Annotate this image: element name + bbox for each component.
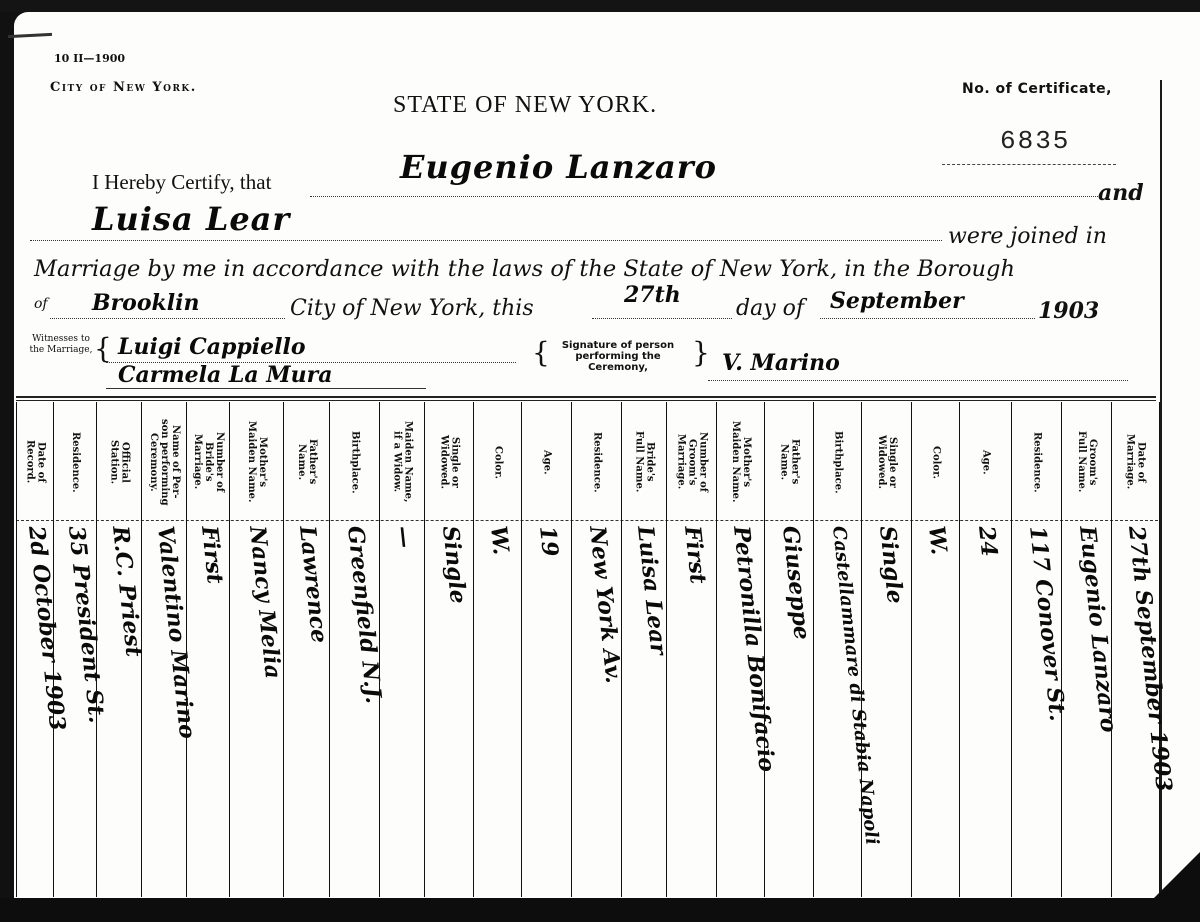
column-header: Date of Record.	[25, 440, 47, 483]
column-groom-full-name: Groom's Full Name. Eugenio Lanzaro	[1061, 402, 1112, 897]
column-header: Birthplace.	[833, 431, 844, 494]
column-header: Residence.	[592, 432, 603, 493]
column-header: Father's Name.	[296, 439, 318, 484]
column-header: Date of Marriage.	[1125, 434, 1147, 489]
city-heading: City of New York.	[50, 80, 197, 95]
year-label: 1903	[1038, 298, 1099, 324]
bride-name-handwritten: Luisa Lear	[92, 200, 290, 238]
column-header: Residence.	[1032, 432, 1043, 493]
table-top-rule	[16, 396, 1156, 398]
city-label: City of New York, this	[290, 296, 534, 321]
column-header: Color.	[493, 446, 504, 479]
day-handwritten: 27th	[624, 282, 681, 308]
month-line	[820, 318, 1035, 319]
groom-name-handwritten: Eugenio Lanzaro	[400, 148, 717, 186]
column-groom-single-widowed: Single or Widowed. Single	[861, 402, 912, 897]
and-label: and	[1098, 180, 1144, 206]
day-line	[592, 318, 732, 319]
column-header: Bride's Full Name.	[634, 431, 656, 492]
groom-line	[310, 196, 1100, 197]
column-groom-mother-maiden-name: Mother's Maiden Name. Petronilla Bonifac…	[716, 402, 765, 897]
register-table: Date of Record. 2d October 1903 Residenc…	[16, 402, 1158, 897]
witnesses-brace: {	[94, 332, 112, 365]
column-header: Birthplace.	[350, 431, 361, 494]
column-header: Age.	[981, 450, 992, 475]
column-header: Single or Widowed.	[439, 435, 461, 489]
column-header: Groom's Full Name.	[1076, 431, 1098, 492]
column-bride-full-name: Bride's Full Name. Luisa Lear	[621, 402, 667, 897]
column-header: Age.	[542, 450, 553, 475]
certificate-number-label: No. of Certificate,	[962, 81, 1112, 97]
column-header: Residence.	[70, 432, 81, 493]
column-groom-father-name: Father's Name. Giuseppe	[764, 402, 814, 897]
certificate-number: 6835	[1000, 126, 1070, 156]
column-official-station: Official Station. R.C. Priest	[96, 402, 142, 897]
scan-top-border	[0, 0, 1200, 12]
bride-line	[30, 240, 942, 241]
column-header: Number of Bride's Marriage.	[192, 432, 225, 492]
officiant-line	[708, 380, 1128, 381]
column-residence-officiant: Residence. 35 President St.	[53, 402, 97, 897]
column-bride-single-widowed: Single or Widowed. Single	[424, 402, 474, 897]
witness-2-line	[106, 388, 426, 389]
certificate-number-line	[942, 164, 1116, 165]
column-header: Name of Per- son performing Ceremony.	[148, 419, 181, 506]
certify-intro: I Hereby Certify, that	[92, 170, 271, 195]
column-groom-marriage-number: Number of Groom's Marriage. First	[666, 402, 717, 897]
column-bride-color: Color. W.	[473, 402, 522, 897]
form-number: 10 II—1900	[54, 52, 125, 65]
witness-2-handwritten: Carmela La Mura	[118, 362, 332, 388]
borough-handwritten: Brooklin	[92, 290, 200, 316]
of-label: of	[34, 296, 48, 312]
scan-bottom-border	[0, 898, 1200, 922]
day-of-label: day of	[736, 296, 804, 321]
joined-label: were joined in	[948, 224, 1107, 249]
column-header: Single or Widowed.	[876, 435, 898, 489]
column-groom-color: Color. W.	[911, 402, 960, 897]
column-header: Official Station.	[109, 440, 131, 484]
column-maiden-name-if-widow: Maiden Name, if a Widow. —	[379, 402, 425, 897]
witnesses-label: Witnesses to the Marriage,	[26, 334, 96, 356]
borough-line	[50, 318, 285, 319]
column-groom-residence: Residence. 117 Conover St.	[1011, 402, 1062, 897]
column-header: Number of Groom's Marriage.	[676, 432, 709, 492]
column-groom-age: Age. 24	[959, 402, 1012, 897]
column-bride-birthplace: Birthplace. Greenfield N.J.	[329, 402, 380, 897]
column-bride-residence: Residence. New York Av.	[571, 402, 622, 897]
column-bride-marriage-number: Number of Bride's Marriage. First	[186, 402, 230, 897]
column-date-of-marriage: Date of Marriage. 27th September 1903	[1111, 402, 1160, 897]
officiant-signature-handwritten: V. Marino	[722, 350, 840, 376]
column-header: Father's Name.	[779, 439, 801, 484]
column-groom-birthplace: Birthplace. Castellammare di Stabia Napo…	[813, 402, 862, 897]
column-header: Maiden Name, if a Widow.	[392, 421, 414, 503]
officiant-brace-right: }	[692, 336, 710, 369]
month-handwritten: September	[830, 288, 964, 314]
column-header: Mother's Maiden Name.	[246, 421, 268, 503]
column-header: Color.	[931, 446, 942, 479]
column-bride-father-name: Father's Name. Lawrence	[283, 402, 330, 897]
column-bride-age: Age. 19	[521, 402, 572, 897]
marriage-statement: Marriage by me in accordance with the la…	[34, 256, 1015, 282]
table-top-rule-inner	[16, 400, 1156, 401]
officiant-label: Signature of person performing the Cerem…	[546, 340, 690, 373]
witness-1-handwritten: Luigi Cappiello	[118, 334, 306, 360]
document-title: STATE OF NEW YORK.	[393, 92, 657, 119]
column-officiant-name: Name of Per- son performing Ceremony. Va…	[141, 402, 187, 897]
column-bride-mother-maiden-name: Mother's Maiden Name. Nancy Melia	[229, 402, 284, 897]
column-date-of-record: Date of Record. 2d October 1903	[16, 402, 54, 897]
column-header: Mother's Maiden Name.	[730, 421, 752, 503]
